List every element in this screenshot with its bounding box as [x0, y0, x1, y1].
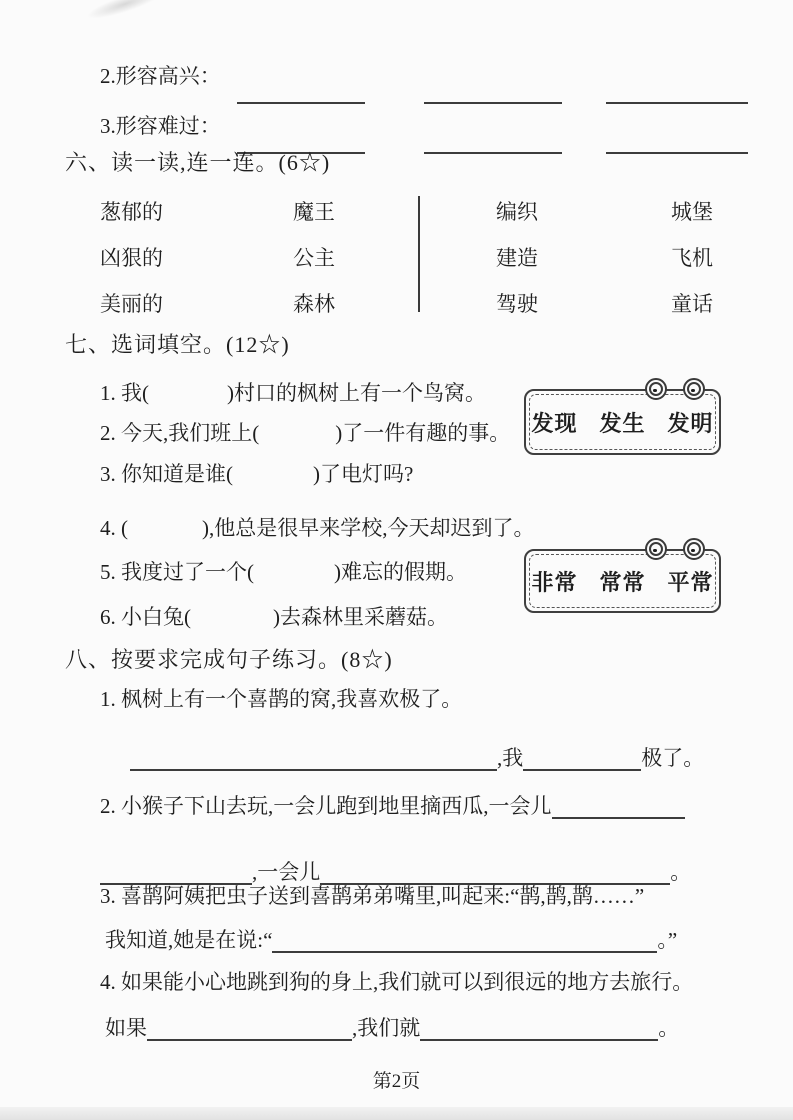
worksheet-page: 2.形容高兴： 3.形容难过： 六、读一读,连一连。(6☆) 葱郁的 凶狠的 美…: [0, 0, 793, 1120]
sentence-q4-text: 4. 如果能小心地跳到狗的身上,我们就可以到很远的地方去旅行。: [100, 970, 693, 994]
sentence-q2-line-2: ,一会儿 。: [100, 858, 691, 885]
blank-line: [420, 1014, 658, 1041]
fill-item-pre: 5. 我度过了一个(: [100, 560, 254, 585]
sentence-q3-text: 3. 喜鹊阿姨把虫子送到喜鹊弟弟嘴里,叫起来:“鹊,鹊,鹊……”: [100, 884, 644, 908]
match-word: 美丽的: [100, 292, 163, 316]
fill-item-post: )村口的枫树上有一个鸟窝。: [227, 381, 486, 406]
match-word: 编织: [496, 200, 538, 224]
paren-blank: [233, 486, 313, 487]
word-option: 常常: [599, 566, 645, 597]
match-word: 魔王: [293, 200, 335, 224]
fill-item-post: )去森林里采蘑菇。: [273, 605, 448, 630]
paren-blank: [259, 445, 335, 446]
paren-blank: [191, 629, 273, 630]
sentence-q2-tail: 。: [670, 860, 691, 885]
paren-blank: [254, 584, 334, 585]
blank-line: [147, 1014, 352, 1041]
fill-item-post: )了一件有趣的事。: [335, 421, 510, 446]
word-option: 发生: [599, 407, 645, 438]
sentence-q1-mid: ,我: [497, 746, 523, 771]
blank-line: [320, 858, 670, 885]
fill-item-5: 5. 我度过了一个()难忘的假期。: [100, 560, 467, 585]
sentence-q2-mid: ,一会儿: [252, 860, 320, 885]
scan-edge-shadow: [0, 1107, 793, 1120]
sentence-q4-lead: 如果: [105, 1016, 147, 1041]
fill-item-3: 3. 你知道是谁()了电灯吗?: [100, 462, 413, 487]
sentence-q1-answer-line: ,我 极了。: [130, 744, 704, 771]
match-word: 驾驶: [496, 292, 538, 316]
match-word: 童话: [671, 292, 713, 316]
matching-divider: [418, 196, 420, 312]
grommet-icon: [683, 378, 705, 400]
blank-line: [424, 152, 562, 154]
sentence-q1-tail: 极了。: [641, 746, 704, 771]
fill-item-post: )了电灯吗?: [313, 462, 413, 487]
sentence-q2-line-1: 2. 小猴子下山去玩,一会儿跑到地里摘西瓜,一会儿: [100, 792, 685, 819]
word-option: 发现: [531, 407, 577, 438]
fill-item-1: 1. 我()村口的枫树上有一个鸟窝。: [100, 381, 486, 406]
fill-item-post: )难忘的假期。: [334, 560, 467, 585]
sentence-q4-tail: 。: [658, 1016, 679, 1041]
word-bank-words: 非常 常常 平常: [529, 554, 716, 608]
fill-item-pre: 3. 你知道是谁(: [100, 462, 233, 487]
word-bank-words: 发现 发生 发明: [529, 394, 716, 450]
fill-item-2: 2. 今天,我们班上()了一件有趣的事。: [100, 421, 510, 446]
blank-line: [606, 102, 748, 104]
match-word: 森林: [293, 292, 335, 316]
grommet-icon: [645, 378, 667, 400]
section-7-title: 七、选词填空。(12☆): [65, 332, 290, 357]
match-word: 凶狠的: [100, 246, 163, 270]
fill-item-6: 6. 小白兔()去森林里采蘑菇。: [100, 605, 448, 630]
warmup-item-3-label: 3.形容难过：: [100, 114, 221, 138]
scan-smudge: [84, 0, 165, 24]
fill-item-pre: 2. 今天,我们班上(: [100, 421, 259, 446]
fill-item-pre: 6. 小白兔(: [100, 605, 191, 630]
page-number: 第2页: [0, 1066, 793, 1093]
section-8-title: 八、按要求完成句子练习。(8☆): [65, 647, 393, 672]
sentence-q1-text: 1. 枫树上有一个喜鹊的窝,我喜欢极了。: [100, 687, 462, 711]
fill-item-pre: 1. 我(: [100, 381, 149, 406]
blank-line: [237, 102, 365, 104]
grommet-icon: [683, 538, 705, 560]
blank-line: [606, 152, 748, 154]
sentence-q2-text: 2. 小猴子下山去玩,一会儿跑到地里摘西瓜,一会儿: [100, 794, 552, 819]
sentence-q3-tail: 。”: [657, 928, 677, 953]
blank-line: [523, 744, 641, 771]
match-word: 建造: [496, 246, 538, 270]
blank-line: [100, 858, 252, 885]
paren-blank: [149, 405, 227, 406]
paren-blank: [128, 540, 202, 541]
word-option: 发明: [668, 407, 714, 438]
blank-line: [272, 926, 657, 953]
section-6-title: 六、读一读,连一连。(6☆): [65, 150, 330, 175]
match-word: 公主: [293, 246, 335, 270]
warmup-item-2-label: 2.形容高兴：: [100, 64, 221, 88]
fill-item-pre: 4. (: [100, 516, 128, 541]
sentence-q4-answer-line: 如果 ,我们就 。: [105, 1014, 679, 1041]
sentence-q3-answer-line: 我知道,她是在说:“ 。”: [105, 926, 677, 953]
match-word: 飞机: [671, 246, 713, 270]
sentence-q4-mid: ,我们就: [352, 1016, 420, 1041]
sentence-q3-lead: 我知道,她是在说:“: [105, 928, 272, 953]
match-word: 城堡: [671, 200, 713, 224]
blank-line: [130, 744, 497, 771]
word-option: 非常: [531, 566, 577, 597]
grommet-icon: [645, 538, 667, 560]
fill-item-4: 4. (),他总是很早来学校,今天却迟到了。: [100, 516, 535, 541]
word-option: 平常: [668, 566, 714, 597]
match-word: 葱郁的: [100, 200, 163, 224]
blank-line: [552, 792, 685, 819]
blank-line: [424, 102, 562, 104]
fill-item-post: ),他总是很早来学校,今天却迟到了。: [202, 516, 535, 541]
